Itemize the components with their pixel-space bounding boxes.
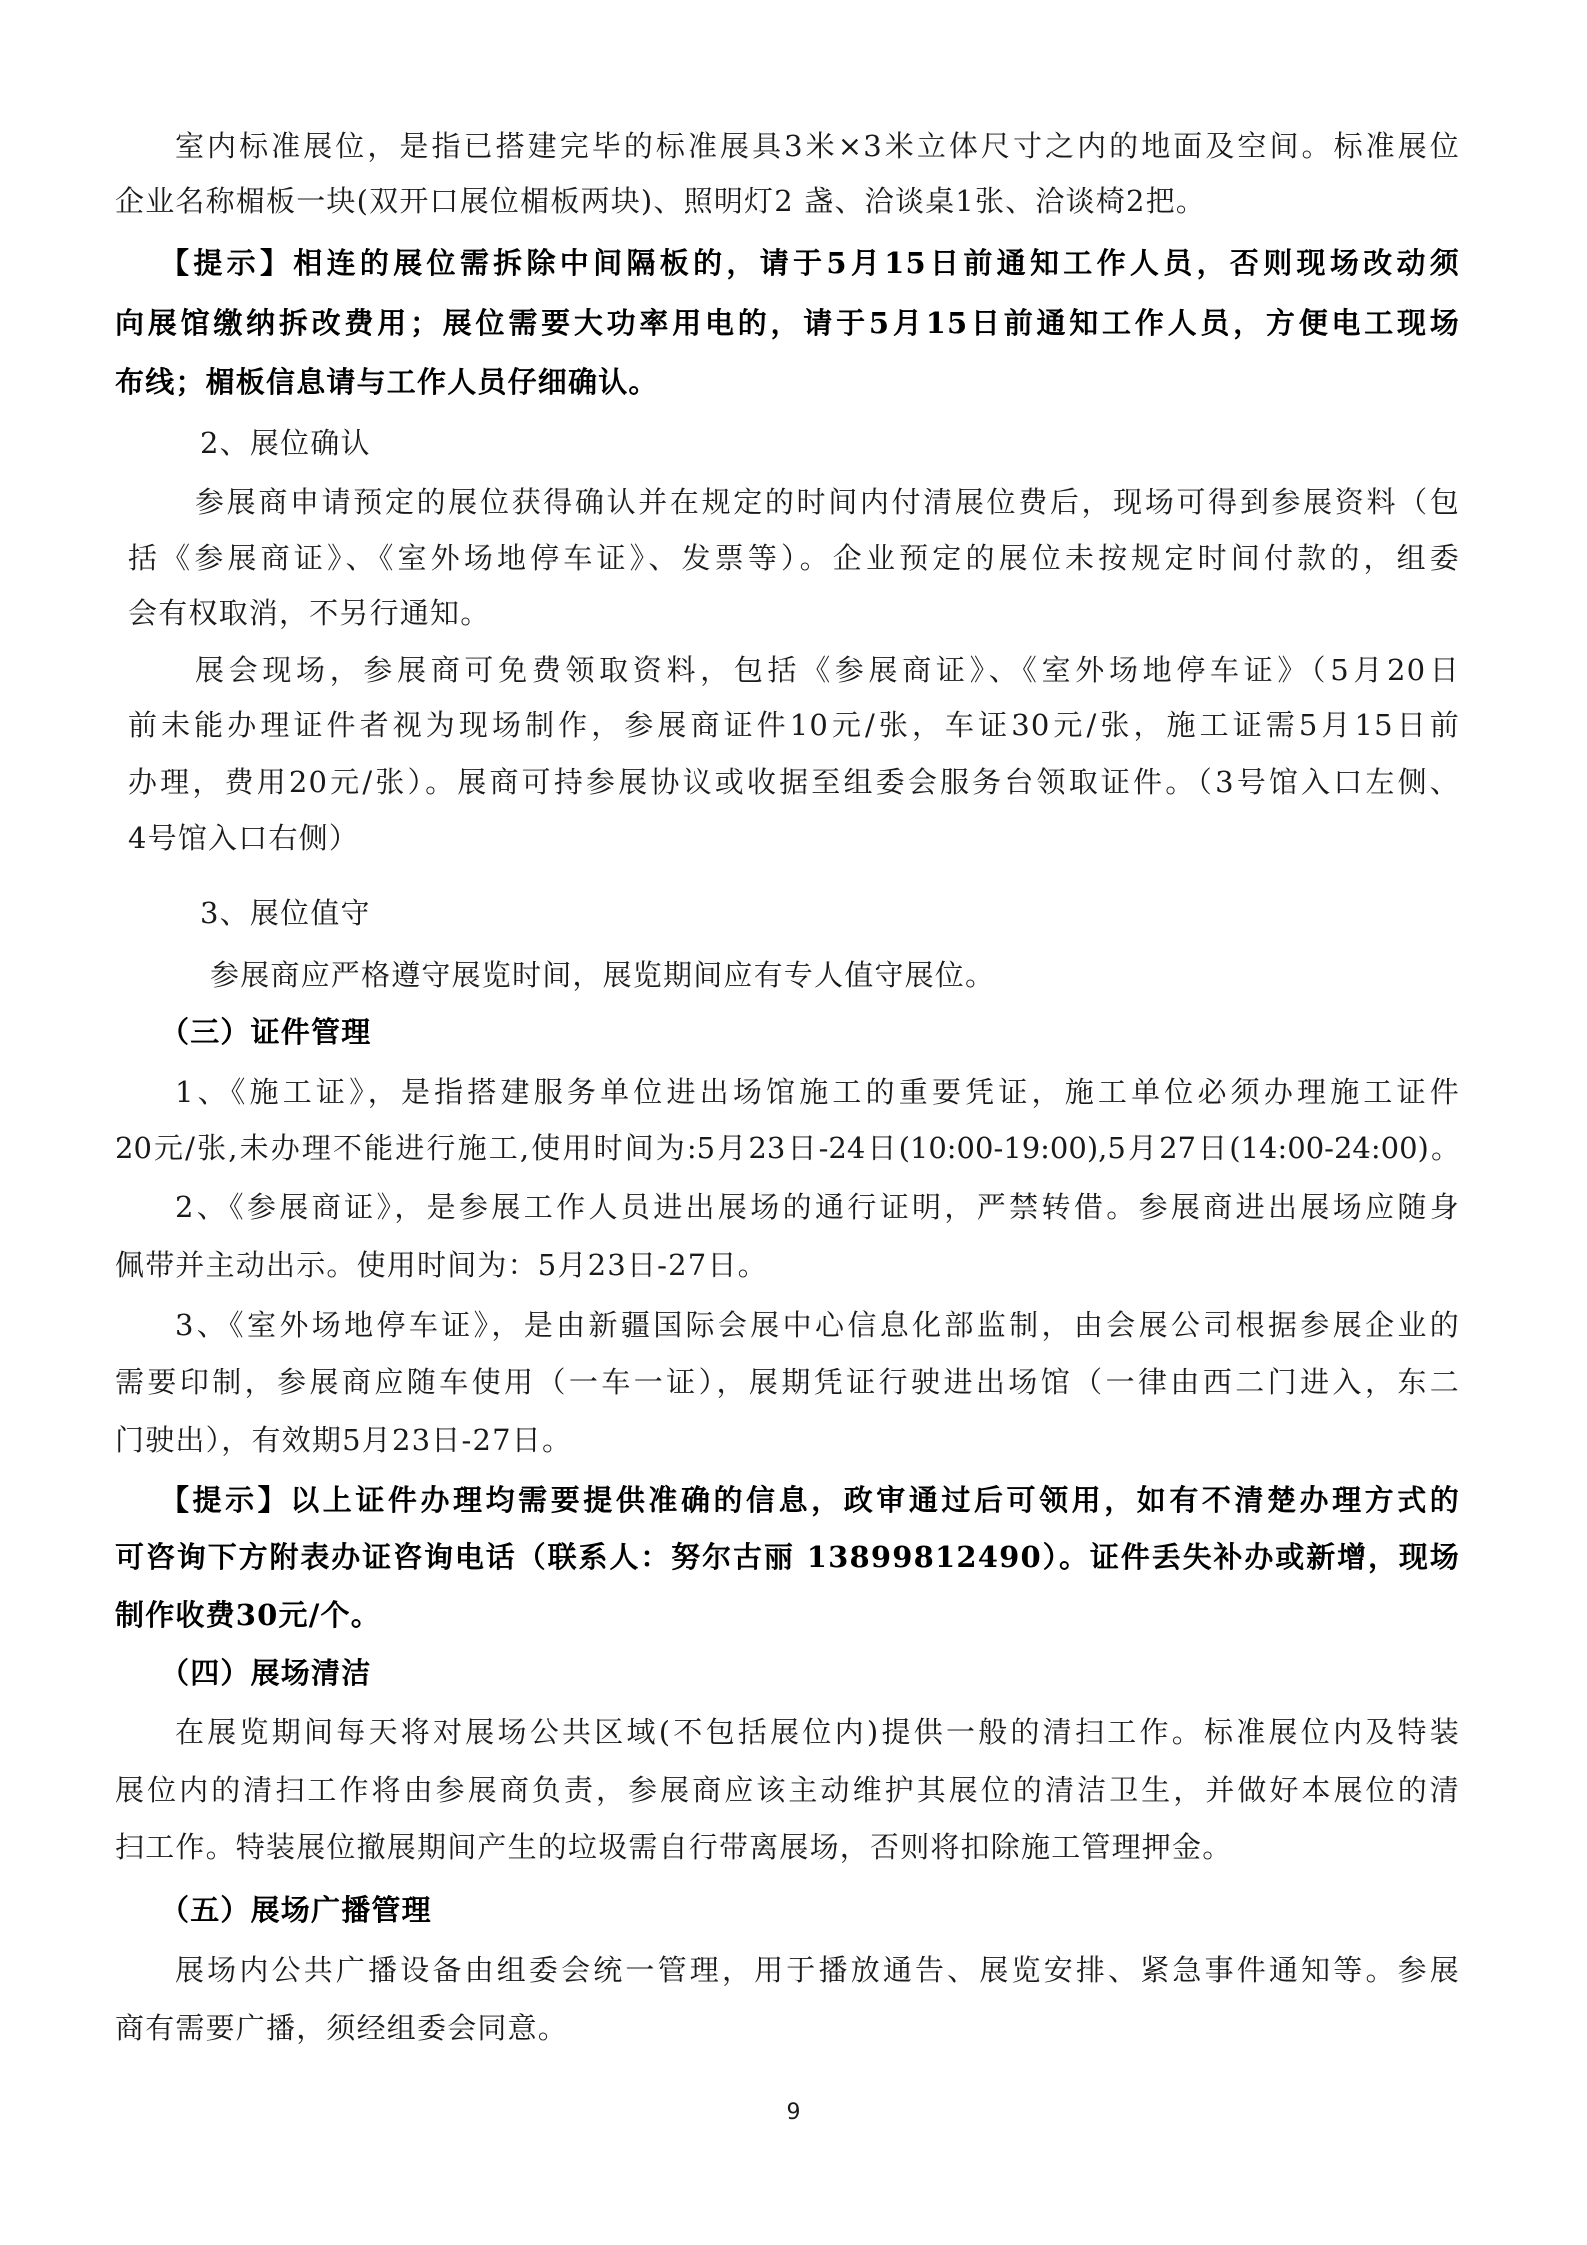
paragraph-onsite-materials-line-1: 展会现场，参展商可免费领取资料，包括《参展商证》、《室外场地停车证》（5月20日 bbox=[195, 650, 1460, 690]
paragraph-exhibitor-pass-line-1: 2、《参展商证》，是参展工作人员进出展场的通行证明，严禁转借。参展商进出展场应随… bbox=[175, 1187, 1460, 1227]
paragraph-venue-cleaning-line-3: 扫工作。特装展位撤展期间产生的垃圾需自行带离展场，否则将扣除施工管理押金。 bbox=[115, 1827, 1460, 1867]
tip-booth-partition-line-3: 布线；楣板信息请与工作人员仔细确认。 bbox=[115, 362, 1460, 402]
paragraph-exhibitor-pass-line-2: 佩带并主动出示。使用时间为：5月23日-27日。 bbox=[115, 1245, 1460, 1285]
tip-booth-partition-line-1: 【提示】相连的展位需拆除中间隔板的，请于5月15日前通知工作人员，否则现场改动须 bbox=[160, 243, 1460, 283]
section-heading-pass-management: （三）证件管理 bbox=[160, 1012, 1505, 1052]
paragraph-parking-pass-line-1: 3、《室外场地停车证》，是由新疆国际会展中心信息化部监制，由会展公司根据参展企业… bbox=[175, 1305, 1460, 1345]
paragraph-parking-pass-line-3: 门驶出），有效期5月23日-27日。 bbox=[115, 1420, 1460, 1460]
paragraph-standard-booth-line-2: 企业名称楣板一块(双开口展位楣板两块)、照明灯2 盏、洽谈桌1张、洽谈椅2把。 bbox=[115, 181, 1460, 221]
page-number: 9 bbox=[0, 2100, 1587, 2125]
paragraph-construction-pass-line-2: 20元/张,未办理不能进行施工,使用时间为:5月23日-24日(10:00-19… bbox=[115, 1128, 1460, 1168]
subheading-booth-attendance: 3、展位值守 bbox=[200, 893, 1545, 933]
paragraph-parking-pass-line-2: 需要印制，参展商应随车使用（一车一证），展期凭证行驶进出场馆（一律由西二门进入，… bbox=[115, 1362, 1460, 1402]
paragraph-venue-cleaning-line-2: 展位内的清扫工作将由参展商负责，参展商应该主动维护其展位的清洁卫生，并做好本展位… bbox=[115, 1770, 1460, 1810]
paragraph-onsite-materials-line-2: 前未能办理证件者视为现场制作，参展商证件10元/张，车证30元/张，施工证需5月… bbox=[128, 705, 1460, 745]
tip-booth-partition-line-2: 向展馆缴纳拆改费用；展位需要大功率用电的，请于5月15日前通知工作人员，方便电工… bbox=[115, 303, 1460, 343]
paragraph-broadcast-management-line-1: 展场内公共广播设备由组委会统一管理，用于播放通告、展览安排、紧急事件通知等。参展 bbox=[175, 1950, 1460, 1990]
paragraph-booth-confirmation-line-1: 参展商申请预定的展位获得确认并在规定的时间内付清展位费后，现场可得到参展资料（包 bbox=[195, 482, 1460, 522]
paragraph-onsite-materials-line-4: 4号馆入口右侧） bbox=[128, 818, 1473, 858]
section-heading-broadcast-management: （五）展场广播管理 bbox=[160, 1890, 1505, 1930]
paragraph-booth-confirmation-line-3: 会有权取消，不另行通知。 bbox=[128, 593, 1473, 633]
paragraph-booth-confirmation-line-2: 括《参展商证》、《室外场地停车证》、发票等）。企业预定的展位未按规定时间付款的，… bbox=[128, 538, 1460, 578]
document-page: 室内标准展位，是指已搭建完毕的标准展具3米×3米立体尺寸之内的地面及空间。标准展… bbox=[0, 0, 1587, 2245]
tip-pass-application-line-2: 可咨询下方附表办证咨询电话（联系人：努尔古丽 13899812490）。证件丢失… bbox=[115, 1537, 1460, 1577]
paragraph-standard-booth-line-1: 室内标准展位，是指已搭建完毕的标准展具3米×3米立体尺寸之内的地面及空间。标准展… bbox=[175, 126, 1460, 166]
paragraph-venue-cleaning-line-1: 在展览期间每天将对展场公共区域(不包括展位内)提供一般的清扫工作。标准展位内及特… bbox=[175, 1712, 1460, 1752]
paragraph-onsite-materials-line-3: 办理，费用20元/张）。展商可持参展协议或收据至组委会服务台领取证件。（3号馆入… bbox=[128, 762, 1460, 802]
paragraph-booth-attendance: 参展商应严格遵守展览时间，展览期间应有专人值守展位。 bbox=[210, 955, 1555, 995]
paragraph-broadcast-management-line-2: 商有需要广播，须经组委会同意。 bbox=[115, 2008, 1460, 2048]
subheading-booth-confirmation: 2、展位确认 bbox=[200, 423, 1545, 463]
tip-pass-application-line-3: 制作收费30元/个。 bbox=[115, 1595, 1460, 1635]
tip-pass-application-line-1: 【提示】以上证件办理均需要提供准确的信息，政审通过后可领用，如有不清楚办理方式的 bbox=[160, 1480, 1460, 1520]
section-heading-venue-cleaning: （四）展场清洁 bbox=[160, 1653, 1505, 1693]
paragraph-construction-pass-line-1: 1、《施工证》，是指搭建服务单位进出场馆施工的重要凭证，施工单位必须办理施工证件 bbox=[175, 1072, 1460, 1112]
